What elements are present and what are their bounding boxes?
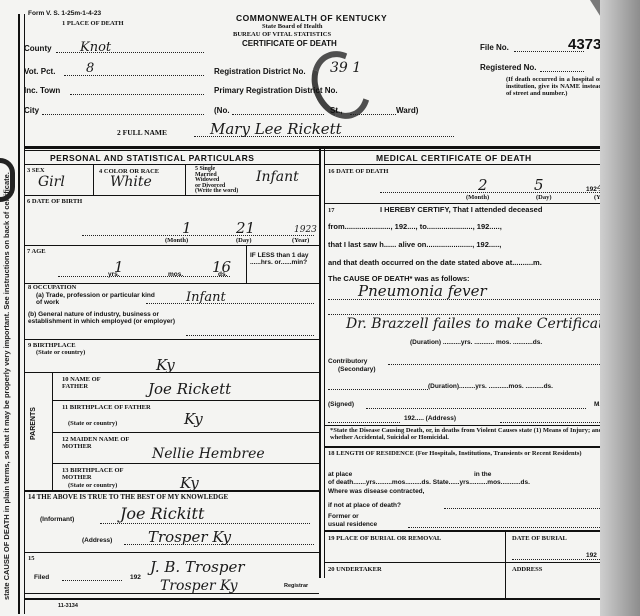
in-the-label: in the (474, 471, 491, 478)
marital-status-label: 5 Single Married Widowed or Divorced (Wr… (195, 167, 238, 195)
birthplace-sub: (State or country) (36, 349, 85, 356)
mother-name-value: Nellie Hembree (152, 446, 265, 462)
day-caption: (Day) (236, 237, 252, 244)
undertaker-address-label: ADDRESS (512, 566, 542, 573)
certificate-heading: CERTIFICATE OF DEATH (242, 39, 337, 48)
mother-birthplace-sub: (State or country) (68, 482, 117, 489)
dob-month: 1 (182, 219, 192, 237)
month-caption: (Month) (165, 237, 188, 244)
occupation-a-label: (a) Trade, profession or particular kind… (36, 292, 156, 306)
dod-day-caption: (Day) (536, 194, 552, 201)
father-name-label: 10 NAME OF FATHER (62, 376, 122, 390)
duration-line: (Duration) ..........yrs. ........... mo… (410, 339, 622, 346)
usual-residence-label: usual residence (328, 521, 377, 528)
at-place-label: at place (328, 471, 352, 478)
dod-month: 2 (478, 176, 488, 194)
ds-caption: ds. (218, 271, 227, 278)
page-shadow (600, 0, 640, 616)
inc-town-label: Inc. Town (24, 86, 60, 96)
dod-label: 16 DATE OF DEATH (328, 168, 388, 175)
footnote: *State the Disease Causing Death, or, in… (330, 427, 620, 441)
signed-label: (Signed) (328, 401, 354, 408)
hole-punch (0, 158, 15, 202)
registrar-address: Trosper Ky (160, 578, 238, 594)
cause-of-death-value: Pneumonia fever (358, 282, 487, 300)
board-heading: State Board of Health (262, 23, 322, 30)
mos-caption: mos. (168, 271, 183, 278)
file-no-label: File No. (480, 43, 509, 53)
signed-year-address: 192..... (Address) (404, 415, 456, 422)
attended-from-line: from......................, 192...., to.… (328, 222, 502, 231)
birthplace-label: 9 BIRTHPLACE (28, 342, 76, 349)
file-no-value: 4373 (568, 36, 601, 53)
place-of-death-label: 1 PLACE OF DEATH (62, 20, 124, 27)
certify-number: 17 (328, 207, 335, 214)
knowledge-statement: 14 THE ABOVE IS TRUE TO THE BEST OF MY K… (28, 493, 228, 501)
full-name-label: 2 FULL NAME (117, 128, 167, 137)
age-label: 7 AGE (27, 248, 46, 255)
dob-year: 1923 (294, 225, 317, 235)
registrar-signature: J. B. Trosper (150, 558, 245, 576)
informant-address-value: Trosper Ky (148, 528, 231, 546)
mother-name-label: 12 MAIDEN NAME OF MOTHER (62, 436, 152, 450)
dob-day: 21 (236, 219, 255, 237)
former-label: Former or (328, 513, 359, 520)
cause-note: Dr. Brazzell failes to make Certificate (346, 316, 626, 333)
hospital-note: (If death occurred in a hospital or inst… (506, 76, 602, 97)
vot-pct-label: Vot. Pct. (24, 67, 55, 77)
occupation-label: 8 OCCUPATION (28, 284, 76, 291)
dod-day: 5 (534, 176, 544, 194)
contributory-label: Contributory (328, 358, 367, 365)
vot-pct-value: 8 (86, 61, 94, 76)
full-name-value: Mary Lee Rickett (210, 120, 342, 138)
informant-value: Joe Rickitt (120, 504, 204, 523)
filed-number: 15 (28, 555, 35, 562)
registrar-label: Registrar (284, 583, 308, 589)
medical-section-title: MEDICAL CERTIFICATE OF DEATH (376, 153, 532, 163)
death-occurred-line: and that death occurred on the date stat… (328, 258, 542, 267)
burial-place-label: 19 PLACE OF BURIAL OR REMOVAL (328, 535, 441, 542)
father-birthplace-sub: (State or country) (68, 420, 117, 427)
filed-label: Filed (34, 574, 49, 581)
parents-label: PARENTS (30, 407, 37, 440)
margin-instructions: state CAUSE OF DEATH in plain terms, so … (2, 172, 11, 600)
certify-statement: I HEREBY CERTIFY, That I attended deceas… (380, 205, 542, 214)
street-no-label: (No. (214, 106, 230, 116)
sex-label: 3 SEX (27, 167, 45, 174)
informant-label: (Informant) (40, 516, 74, 523)
bureau-heading: BUREAU OF VITAL STATISTICS (233, 31, 331, 38)
occupation-a-value: Infant (186, 290, 226, 305)
informant-address-label: (Address) (82, 537, 112, 544)
burial-date-label: DATE OF BURIAL (512, 535, 567, 542)
year-caption: (Year) (292, 237, 309, 244)
father-birthplace-label: 11 BIRTHPLACE OF FATHER (62, 404, 152, 411)
ward-label: Ward) (396, 106, 418, 116)
sex-value: Girl (38, 174, 65, 190)
print-code: 11-3134 (58, 603, 78, 609)
filed-year: 192 (130, 574, 141, 581)
undertaker-label: 20 UNDERTAKER (328, 566, 382, 573)
commonwealth-heading: COMMONWEALTH OF KENTUCKY (236, 13, 387, 23)
registration-district-label: Registration District No. (214, 67, 306, 77)
where-contracted-label: Where was disease contracted, (328, 488, 424, 495)
mother-birthplace-label: 13 BIRTHPLACE OF MOTHER (62, 467, 152, 481)
yrs-caption: yrs. (108, 271, 120, 278)
secondary-label: (Secondary) (338, 366, 376, 373)
street-label: St., (330, 106, 342, 116)
residence-duration-line: of death.......yrs.........mos.........d… (328, 479, 530, 486)
county-value: Knot (80, 40, 111, 55)
primary-registration-label: Primary Registration District No. (214, 86, 338, 96)
less-than-day-label: IF LESS than 1 day ......hrs. or......mi… (250, 252, 316, 266)
form-id: Form V. S. 1-25m-1-4-23 (28, 10, 101, 17)
registered-no-label: Registered No. (480, 63, 536, 73)
occupation-b-label: (b) General nature of industry, business… (28, 311, 188, 325)
last-saw-line: that I last saw h...... alive on........… (328, 240, 501, 249)
father-name-value: Joe Rickett (148, 380, 231, 398)
if-not-label: if not at place of death? (328, 502, 401, 509)
marital-status-value: Infant (256, 169, 299, 185)
father-birthplace-value: Ky (184, 410, 203, 428)
city-label: City (24, 106, 39, 116)
dob-label: 6 DATE OF BIRTH (27, 198, 82, 205)
death-certificate: state CAUSE OF DEATH in plain terms, so … (0, 0, 628, 616)
dod-month-caption: (Month) (466, 194, 489, 201)
duration-line-2: (Duration).........yrs. ...........mos. … (428, 383, 553, 390)
race-value: White (110, 174, 152, 190)
burial-year: 192 (586, 552, 597, 559)
residence-label: 18 LENGTH OF RESIDENCE (For Hospitals, I… (328, 450, 620, 457)
personal-section-title: PERSONAL AND STATISTICAL PARTICULARS (50, 153, 254, 163)
